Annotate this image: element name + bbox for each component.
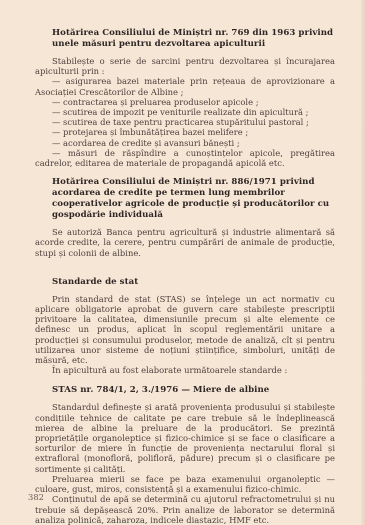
list-item: — contractarea și preluarea produselor a… (35, 97, 335, 107)
list-item: — acordarea de credite și avansuri băneș… (35, 138, 335, 148)
section-heading-hcm-769: Hotărirea Consiliului de Miniștri nr. 76… (35, 28, 335, 50)
section-heading-stas-784: STAS nr. 784/1, 2, 3./1976 — Miere de al… (35, 385, 335, 396)
section-heading-standarde: Standarde de stat (35, 277, 335, 288)
paragraph-hcm-886-body: Se autoriză Banca pentru agricultură și … (35, 227, 335, 258)
list-item: — măsuri de răspîndire a cunoștințelor a… (35, 148, 335, 168)
list-item: — asigurarea bazei materiale prin rețeau… (35, 76, 335, 96)
bullet-list-hcm-769: — asigurarea bazei materiale prin rețeau… (35, 76, 335, 168)
paragraph-stas-784-definition: Standardul definește și arată provenienț… (35, 402, 335, 473)
paragraph-hcm-769-intro: Stabilește o serie de sarcini pentru dez… (35, 56, 335, 76)
spacer (35, 168, 335, 177)
paragraph-stas-784-analize: Conținutul de apă se determină cu ajutor… (35, 494, 335, 525)
list-item: — scutirea de taxe pentru practicarea st… (35, 117, 335, 127)
section-heading-hcm-886: Hotărirea Consiliului de Miniștri nr. 88… (35, 177, 335, 221)
list-item: — scutirea de impozit pe veniturile real… (35, 107, 335, 117)
page-edge-shadow (361, 0, 365, 525)
paragraph-standarde-definition: Prin standard de stat (STAS) se înțelege… (35, 294, 335, 365)
page-number: 382 (28, 492, 44, 502)
spacer (35, 375, 335, 379)
book-page: Hotărirea Consiliului de Miniștri nr. 76… (35, 28, 335, 525)
spacer (35, 258, 335, 267)
list-item: — protejarea și îmbunătățirea bazei meli… (35, 127, 335, 137)
paragraph-stas-784-preluare: Preluarea mierii se face pe baza examenu… (35, 474, 335, 494)
paragraph-standarde-list-intro: În apicultură au fost elaborate următoar… (35, 365, 335, 375)
